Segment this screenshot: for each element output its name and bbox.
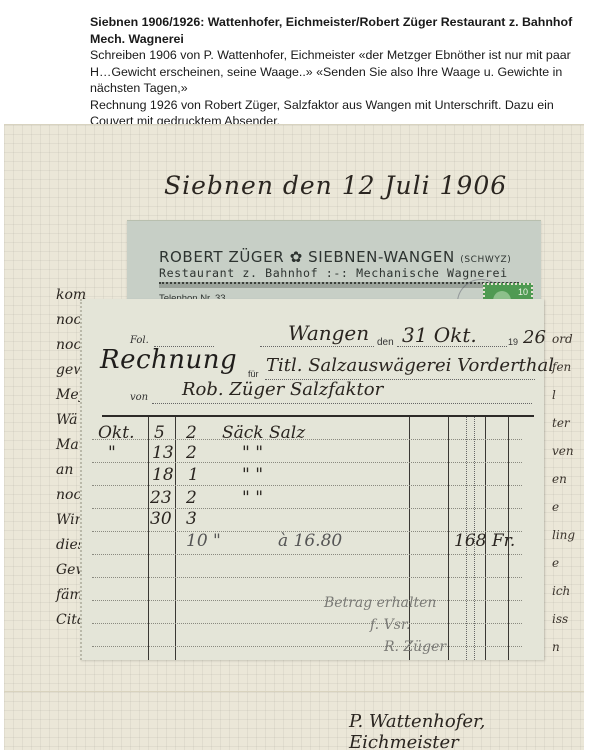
- row-line: [92, 646, 522, 647]
- row-line: [92, 485, 522, 486]
- invoice-1926: Fol. Wangen den 31 Okt. 19 26 Rechnung f…: [80, 299, 544, 660]
- letter-word: e: [552, 493, 582, 521]
- total-qty: 10 ": [186, 531, 221, 551]
- letter-word: fen: [552, 353, 582, 381]
- fold-line: [4, 691, 584, 692]
- invoice-recipient: Titl. Salzauswägerei Vorderthal: [266, 355, 554, 376]
- row-day: 23: [150, 488, 172, 508]
- caption: Siebnen 1906/1926: Wattenhofer, Eichmeis…: [90, 14, 590, 130]
- table-top-rule: [102, 415, 534, 417]
- letter-word: iss: [552, 605, 582, 633]
- letter-word: ling: [552, 521, 582, 549]
- envelope-subline: Restaurant z. Bahnhof :-: Mechanische Wa…: [159, 266, 508, 280]
- row-day: 30: [150, 509, 172, 529]
- row-desc: " ": [242, 488, 263, 508]
- unit-price: à 16.80: [278, 531, 342, 551]
- invoice-date: 31 Okt.: [402, 323, 477, 347]
- row-line: [92, 600, 522, 601]
- letter-word: en: [552, 465, 582, 493]
- letter-date: Siebnen den 12 Juli 1906: [164, 171, 507, 200]
- letter-word: ven: [552, 437, 582, 465]
- sender-name: ROBERT ZÜGER: [159, 248, 284, 266]
- row-line: [92, 554, 522, 555]
- row-qty: 2: [186, 443, 197, 463]
- row-desc: Säck Salz: [222, 423, 305, 443]
- row-month: ": [108, 443, 116, 463]
- sender-place: SIEBNEN-WANGEN: [308, 248, 455, 266]
- paid-signature: R. Züger: [384, 639, 446, 655]
- letter-signature: P. Wattenhofer, Eichmeister: [349, 711, 584, 750]
- row-day: 13: [152, 443, 174, 463]
- date-line: [397, 346, 507, 347]
- von-label: von: [130, 392, 148, 403]
- row-qty: 1: [188, 465, 199, 485]
- row-month: Okt.: [98, 423, 134, 443]
- row-line: [92, 623, 522, 624]
- letter-word: ord: [552, 325, 582, 353]
- envelope: ROBERT ZÜGER ✿ SIEBNEN-WANGEN (SCHWYZ) R…: [127, 220, 541, 311]
- sender-canton: (SCHWYZ): [460, 255, 511, 265]
- envelope-sender: ROBERT ZÜGER ✿ SIEBNEN-WANGEN (SCHWYZ): [159, 248, 511, 266]
- fuer-label: für: [248, 369, 259, 379]
- row-day: 18: [152, 465, 174, 485]
- total-amount: 168 Fr.: [454, 531, 515, 551]
- letter-word: ter: [552, 409, 582, 437]
- year-prefix: 19: [508, 337, 518, 347]
- row-desc: " ": [242, 465, 263, 485]
- letter-word: e: [552, 549, 582, 577]
- den-label: den: [377, 337, 394, 348]
- caption-title: Siebnen 1906/1926: Wattenhofer, Eichmeis…: [90, 14, 590, 47]
- paid-note-on-behalf: f. Vsr.: [370, 617, 410, 633]
- letter-word: l: [552, 381, 582, 409]
- letter-word: ich: [552, 577, 582, 605]
- invoice-sender: Rob. Züger Salzfaktor: [182, 379, 383, 400]
- row-qty: 2: [186, 423, 197, 443]
- stamp-value: 10: [518, 287, 528, 297]
- place-line: [260, 346, 374, 347]
- sender-line: [152, 403, 532, 404]
- row-desc: " ": [242, 443, 263, 463]
- paid-note: Betrag erhalten: [324, 595, 436, 611]
- row-day: 5: [154, 423, 165, 443]
- letter-word: n: [552, 633, 582, 661]
- row-qty: 2: [186, 488, 197, 508]
- invoice-place: Wangen: [288, 321, 369, 345]
- year-suffix: 26: [523, 327, 546, 348]
- row-line: [92, 577, 522, 578]
- invoice-title: Rechnung: [100, 345, 237, 375]
- caption-line-letter: Schreiben 1906 von P. Wattenhofer, Eichm…: [90, 47, 590, 97]
- flower-ornament-icon: ✿: [290, 248, 303, 266]
- row-qty: 3: [186, 509, 197, 529]
- letter-right-text: ord fen l ter ven en e ling e ich iss n: [552, 325, 582, 661]
